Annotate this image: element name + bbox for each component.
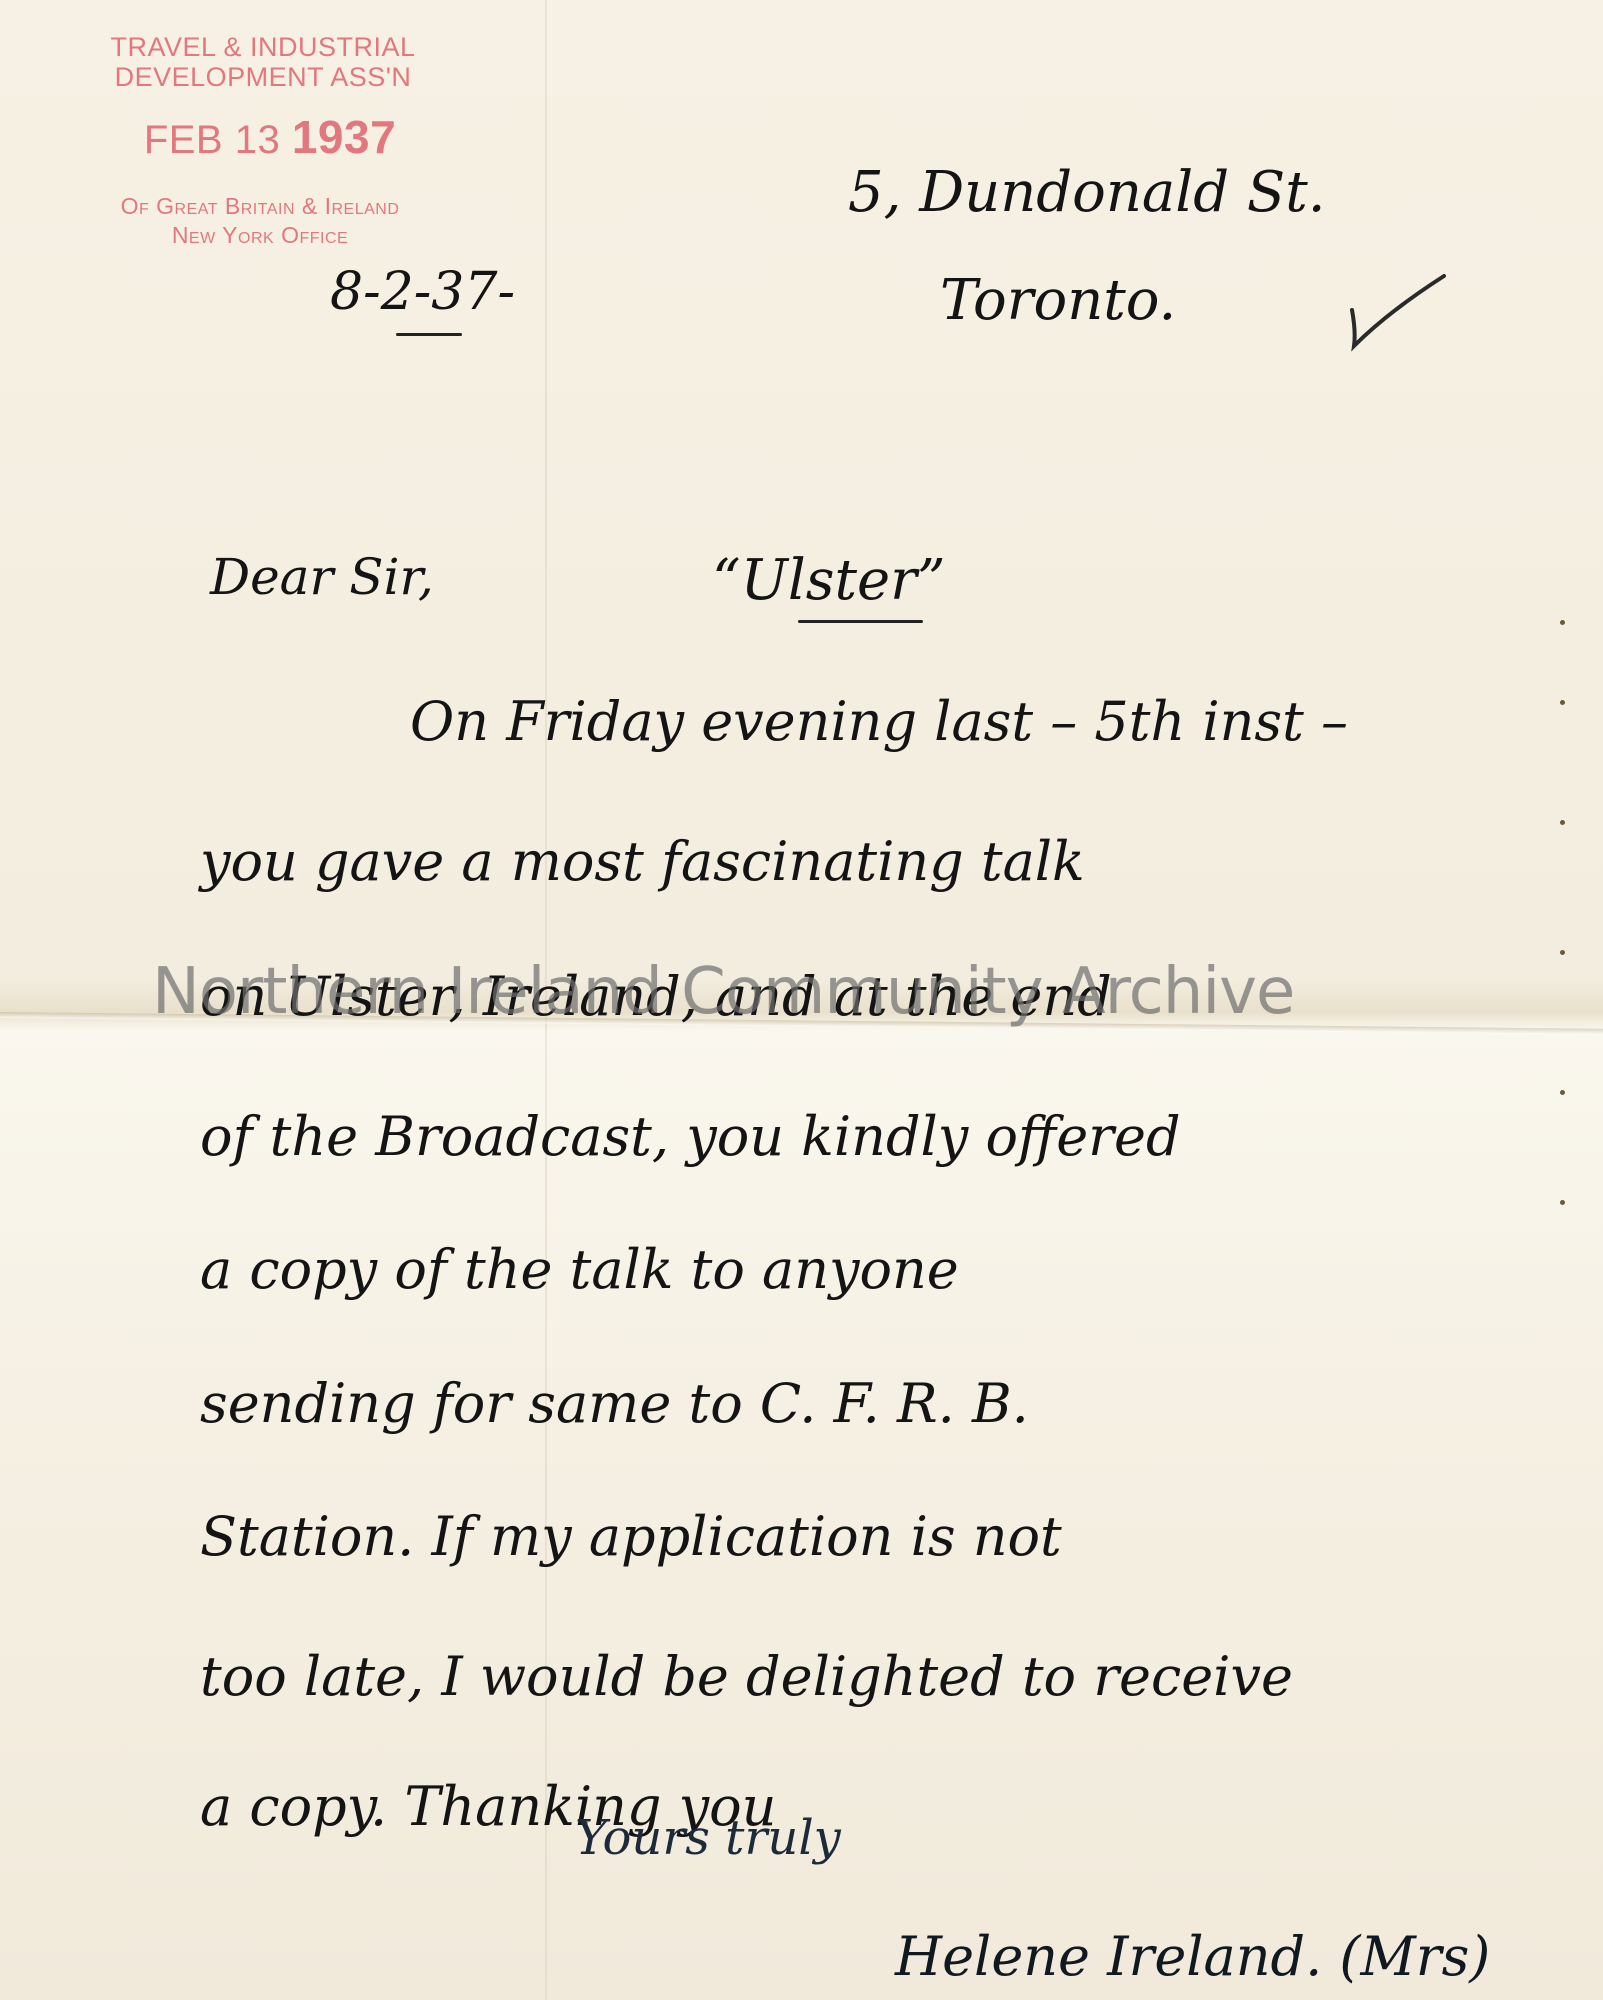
stamp-date: FEB 13 1937 (140, 115, 400, 162)
letter-date: 8-2-37- (330, 262, 515, 322)
body-line: Station. If my application is not (200, 1505, 1062, 1568)
check-mark-icon (1348, 272, 1448, 352)
stamp-line-2: DEVELOPMENT ASS'N (78, 62, 448, 92)
address-city: Toronto. (940, 268, 1176, 333)
address-street: 5, Dundonald St. (848, 160, 1326, 225)
salutation: Dear Sir, (210, 548, 434, 606)
stamp-line-4: New York Office (110, 222, 410, 248)
stamp-date-year: 1937 (292, 111, 396, 163)
archive-watermark: Northern Ireland Community Archive (152, 955, 1294, 1029)
body-line: a copy of the talk to anyone (200, 1238, 959, 1301)
body-line: sending for same to C. F. R. B. (200, 1372, 1029, 1435)
signature: Helene Ireland. (Mrs) (895, 1925, 1490, 1988)
body-line: you gave a most fascinating talk (200, 830, 1085, 893)
stamp-date-month-day: FEB 13 (144, 118, 280, 162)
subject-heading: “Ulster” (712, 548, 946, 613)
stamp-line-1: TRAVEL & INDUSTRIAL (78, 32, 448, 62)
date-underline (396, 333, 462, 336)
body-line: On Friday evening last – 5th inst – (410, 690, 1348, 753)
subject-underline (798, 620, 923, 623)
closing: Yours truly (575, 1810, 841, 1866)
body-line: too late, I would be delighted to receiv… (200, 1645, 1293, 1708)
stamp-line-3: Of Great Britain & Ireland (60, 193, 460, 219)
body-line: of the Broadcast, you kindly offered (200, 1105, 1181, 1168)
